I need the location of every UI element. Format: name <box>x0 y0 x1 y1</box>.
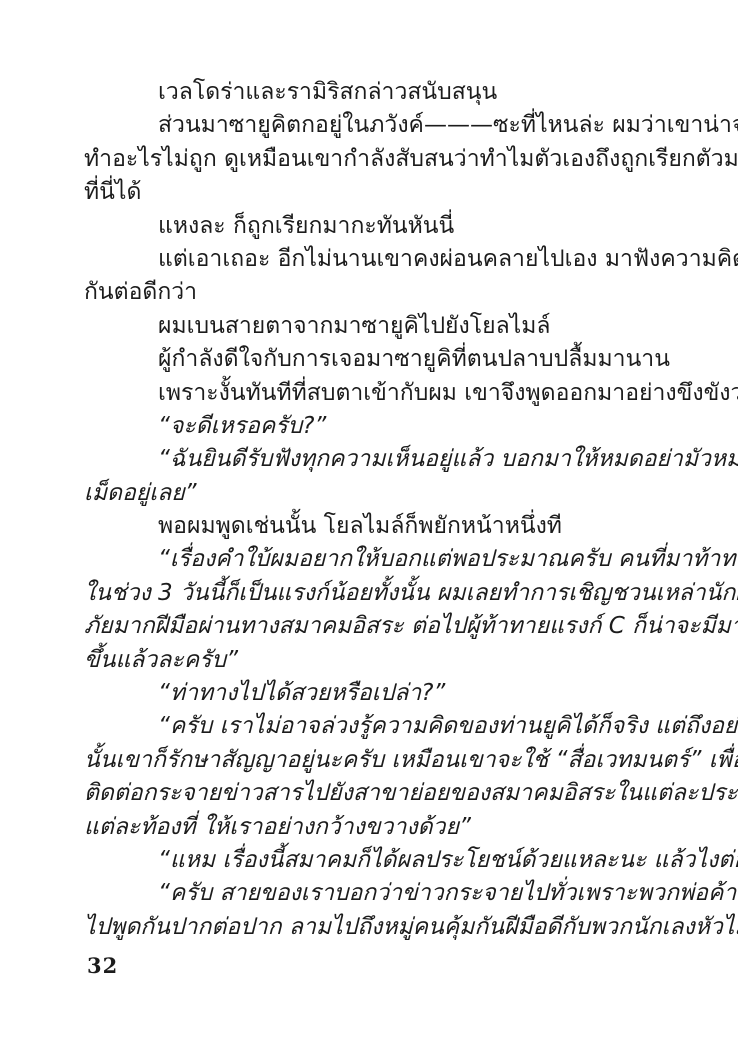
text-line: แต่ละท้องที่ ให้เราอย่างกว้างขวางด้วย” <box>84 811 662 844</box>
text-block: เวลโดร่าและรามิริสกล่าวสนับสนุนส่วนมาซาย… <box>84 76 662 944</box>
text-line: “จะดีเหรอครับ?” <box>84 410 662 443</box>
text-line: เม็ดอยู่เลย” <box>84 477 662 510</box>
text-line: กันต่อดีกว่า <box>84 276 662 309</box>
text-line: ส่วนมาซายูคิตกอยู่ในภวังค์———ซะที่ไหนล่ะ… <box>84 109 662 142</box>
text-line: ผมเบนสายตาจากมาซายูคิไปยังโยลไมล์ <box>84 310 662 343</box>
book-page: เวลโดร่าและรามิริสกล่าวสนับสนุนส่วนมาซาย… <box>0 0 738 1051</box>
text-line: ติดต่อกระจายข่าวสารไปยังสาขาย่อยของสมาคม… <box>84 777 662 810</box>
text-line: ผู้กำลังดีใจกับการเจอมาซายูคิที่ตนปลาบปล… <box>84 343 662 376</box>
text-line: “ครับ สายของเราบอกว่าข่าวกระจายไปทั่วเพร… <box>84 877 662 910</box>
text-line: ทำอะไรไม่ถูก ดูเหมือนเขากำลังสับสนว่าทำไ… <box>84 143 662 176</box>
text-line: ไปพูดกันปากต่อปาก ลามไปถึงหมู่คนคุ้มกันฝ… <box>84 911 662 944</box>
text-line: แหงละ ก็ถูกเรียกมากะทันหันนี่ <box>84 210 662 243</box>
text-line: ภัยมากฝีมือผ่านทางสมาคมอิสระ ต่อไปผู้ท้า… <box>84 610 662 643</box>
text-line: นั้นเขาก็รักษาสัญญาอยู่นะครับ เหมือนเขาจ… <box>84 744 662 777</box>
text-line: “ฉันยินดีรับฟังทุกความเห็นอยู่แล้ว บอกมา… <box>84 443 662 476</box>
text-line: ในช่วง 3 วันนี้ก็เป็นแรงก์น้อยทั้งนั้น ผ… <box>84 577 662 610</box>
text-line: เวลโดร่าและรามิริสกล่าวสนับสนุน <box>84 76 662 109</box>
text-line: พอผมพูดเช่นนั้น โยลไมล์ก็พยักหน้าหนึ่งที <box>84 510 662 543</box>
text-line: แต่เอาเถอะ อีกไม่นานเขาคงผ่อนคลายไปเอง ม… <box>84 243 662 276</box>
text-line: “ครับ เราไม่อาจล่วงรู้ความคิดของท่านยูคิ… <box>84 710 662 743</box>
text-line: เพราะงั้นทันทีที่สบตาเข้ากับผม เขาจึงพูด… <box>84 377 662 410</box>
text-line: “แหม เรื่องนี้สมาคมก็ได้ผลประโยชน์ด้วยแห… <box>84 844 662 877</box>
text-line: ที่นี่ได้ <box>84 176 662 209</box>
text-line: ขึ้นแล้วละครับ” <box>84 644 662 677</box>
text-line: “เรื่องคำใบ้ผมอยากให้บอกแต่พอประมาณครับ … <box>84 543 662 576</box>
page-number: 32 <box>87 953 118 978</box>
text-line: “ท่าทางไปได้สวยหรือเปล่า?” <box>84 677 662 710</box>
